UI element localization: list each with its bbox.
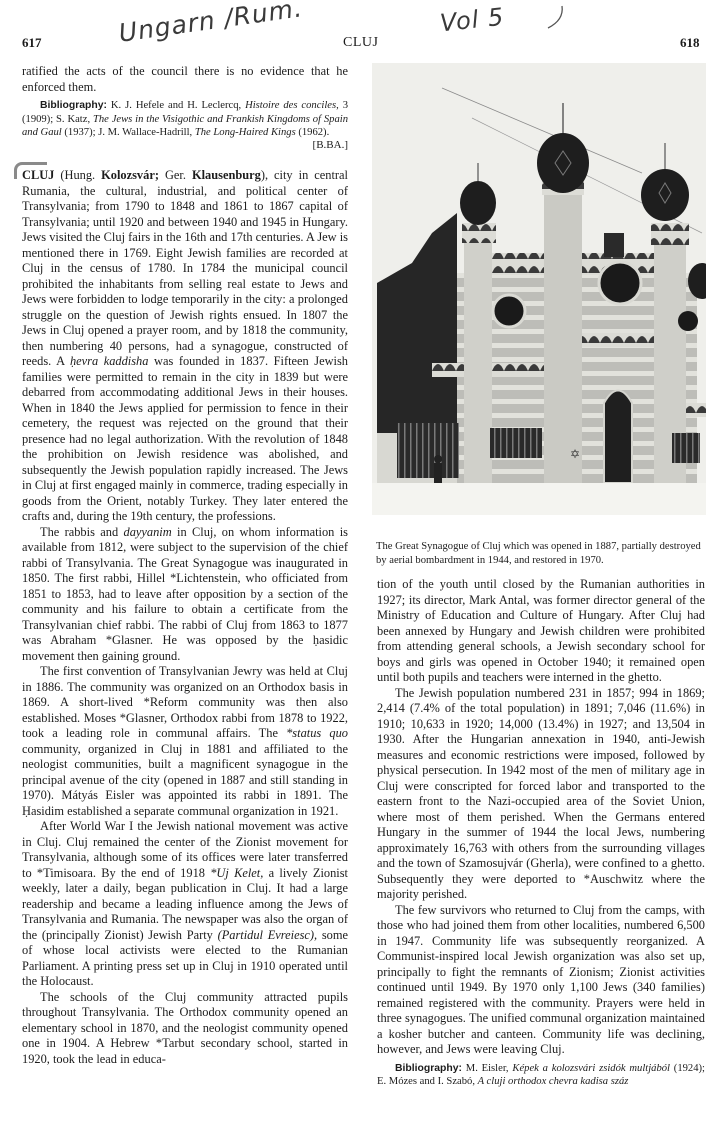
running-head: CLUJ (343, 35, 378, 51)
synagogue-photo: ✡ (372, 63, 706, 515)
bib-title: Histoire des conciles, (245, 100, 339, 111)
bib-text: K. J. Hefele and H. Leclercq, (107, 100, 245, 111)
svg-text:✡: ✡ (570, 447, 580, 461)
german-name: Klausenburg (192, 168, 261, 182)
right-column: tion of the youth until closed by the Ru… (377, 577, 705, 1089)
entry-paragraph-4: After World War I the Jewish national mo… (22, 819, 348, 990)
left-column: ratified the acts of the council there i… (22, 64, 348, 1067)
text: (Hung. (54, 168, 101, 182)
italic-term: dayyanim (124, 525, 172, 539)
bib-title: A cluji orthodox chevra kadisa száz (478, 1076, 629, 1087)
text: was founded in 1837. Fifteen Jewish fami… (22, 354, 348, 523)
italic-term: ḥevra kaddisha (70, 354, 149, 368)
entry-paragraph-5: The schools of the Cluj community attrac… (22, 990, 348, 1068)
right-paragraph-3: The few survivors who returned to Cluj f… (377, 903, 705, 1058)
entry-paragraph-1: CLUJ (Hung. Kolozsvár; Ger. Klausenburg)… (22, 168, 348, 525)
entry-bibliography: Bibliography: M. Eisler, Képek a kolozsv… (377, 1062, 705, 1089)
bib-text: (1962). (296, 127, 330, 138)
bib-title: Képek a kolozsvári zsidók multjából (512, 1063, 670, 1074)
right-page-number: 618 (680, 35, 700, 51)
entry-paragraph-2: The rabbis and dayyanim in Cluj, on whom… (22, 525, 348, 665)
handwritten-bracket-mark (14, 162, 47, 179)
handwritten-note-left: Ungarn /Rum. (117, 0, 305, 48)
italic-term: *status quo (286, 726, 348, 740)
previous-entry-bibliography: Bibliography: K. J. Hefele and H. Lecler… (22, 99, 348, 140)
previous-entry-tail: ratified the acts of the council there i… (22, 64, 348, 95)
bibliography-label: Bibliography: (40, 100, 107, 111)
text: Ger. (159, 168, 192, 182)
text: in Cluj, on whom information is availabl… (22, 525, 348, 663)
handwritten-stroke (540, 4, 570, 30)
text: community, organized in Cluj in 1881 and… (22, 742, 348, 818)
entry-paragraph-3: The first convention of Transylvanian Je… (22, 664, 348, 819)
text: The rabbis and (40, 525, 124, 539)
left-page-number: 617 (22, 35, 42, 51)
author-signature: [B.BA.] (22, 138, 348, 154)
bib-title: The Long-Haired Kings (195, 127, 296, 138)
synagogue-illustration: ✡ (372, 63, 706, 515)
handwritten-note-right: Vol 5 (439, 3, 506, 38)
italic-term: *Uj Kelet, (210, 866, 263, 880)
bib-text: M. Eisler, (462, 1063, 512, 1074)
text: ), city in central Rumania, the cultural… (22, 168, 348, 368)
hungarian-name: Kolozsvár; (101, 168, 159, 182)
right-paragraph-1: tion of the youth until closed by the Ru… (377, 577, 705, 686)
photo-caption: The Great Synagogue of Cluj which was op… (376, 540, 706, 567)
bibliography-label: Bibliography: (395, 1063, 462, 1074)
right-paragraph-2: The Jewish population numbered 231 in 18… (377, 686, 705, 903)
bib-text: (1937); J. M. Wallace-Hadrill, (62, 127, 195, 138)
italic-term: (Partidul Evreiesc), (218, 928, 318, 942)
